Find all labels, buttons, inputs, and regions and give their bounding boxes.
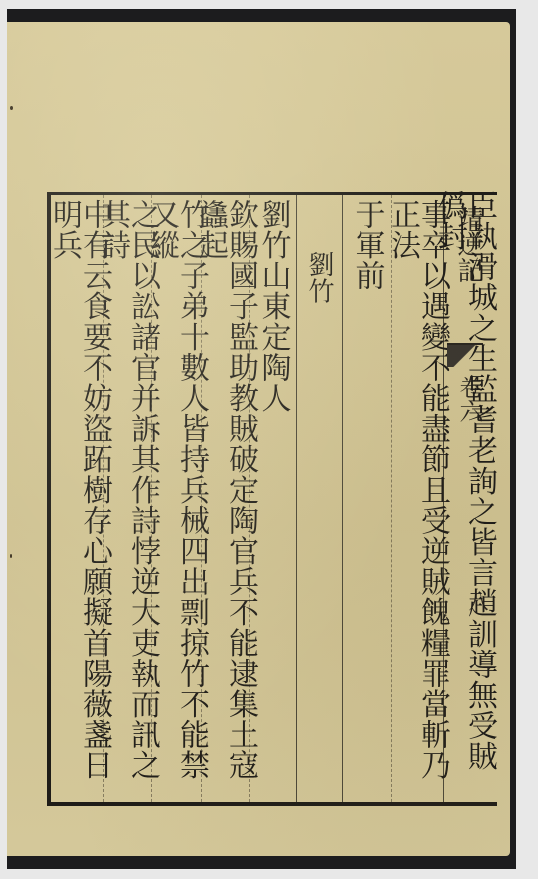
column-text: 臣執滑城之生監耆老詢之皆言趙訓導無受賊僞封 [434,190,494,785]
text-frame: 中有云食要不妨盜跖樹存心願擬首陽薇盞日明兵 之民以訟諸官并訴其作詩悖逆大吏執而訊… [47,192,497,806]
text-column-5: 劉竹山東定陶人 [249,199,296,798]
section-heading: 劉竹 [306,251,332,304]
text-column-3: 于軍前 [342,199,391,798]
text-column-7: 竹之子弟十數人皆持兵械四出剽掠竹不能禁又縱 [151,199,201,798]
column-text: 于軍前 [352,199,382,291]
column-text: 欽賜國子監助教賊破定陶官兵不能逮集土寇蠭起 [195,199,255,798]
section-heading-column: 劉竹 [296,199,342,798]
text-column-1: 臣執滑城之生監耆老詢之皆言趙訓導無受賊僞封 [441,190,487,785]
text-column-8: 之民以訟諸官并訴其作詩悖逆大吏執而訊之其詩 [103,199,151,798]
column-text: 劉竹山東定陶人 [258,199,288,413]
page-speck [10,554,12,558]
text-column-9: 中有云食要不妨盜跖樹存心願擬首陽薇盞日明兵 [55,199,103,798]
page-speck [10,106,13,110]
text-column-6: 欽賜國子監助教賊破定陶官兵不能逮集土寇蠭起 [201,199,249,798]
